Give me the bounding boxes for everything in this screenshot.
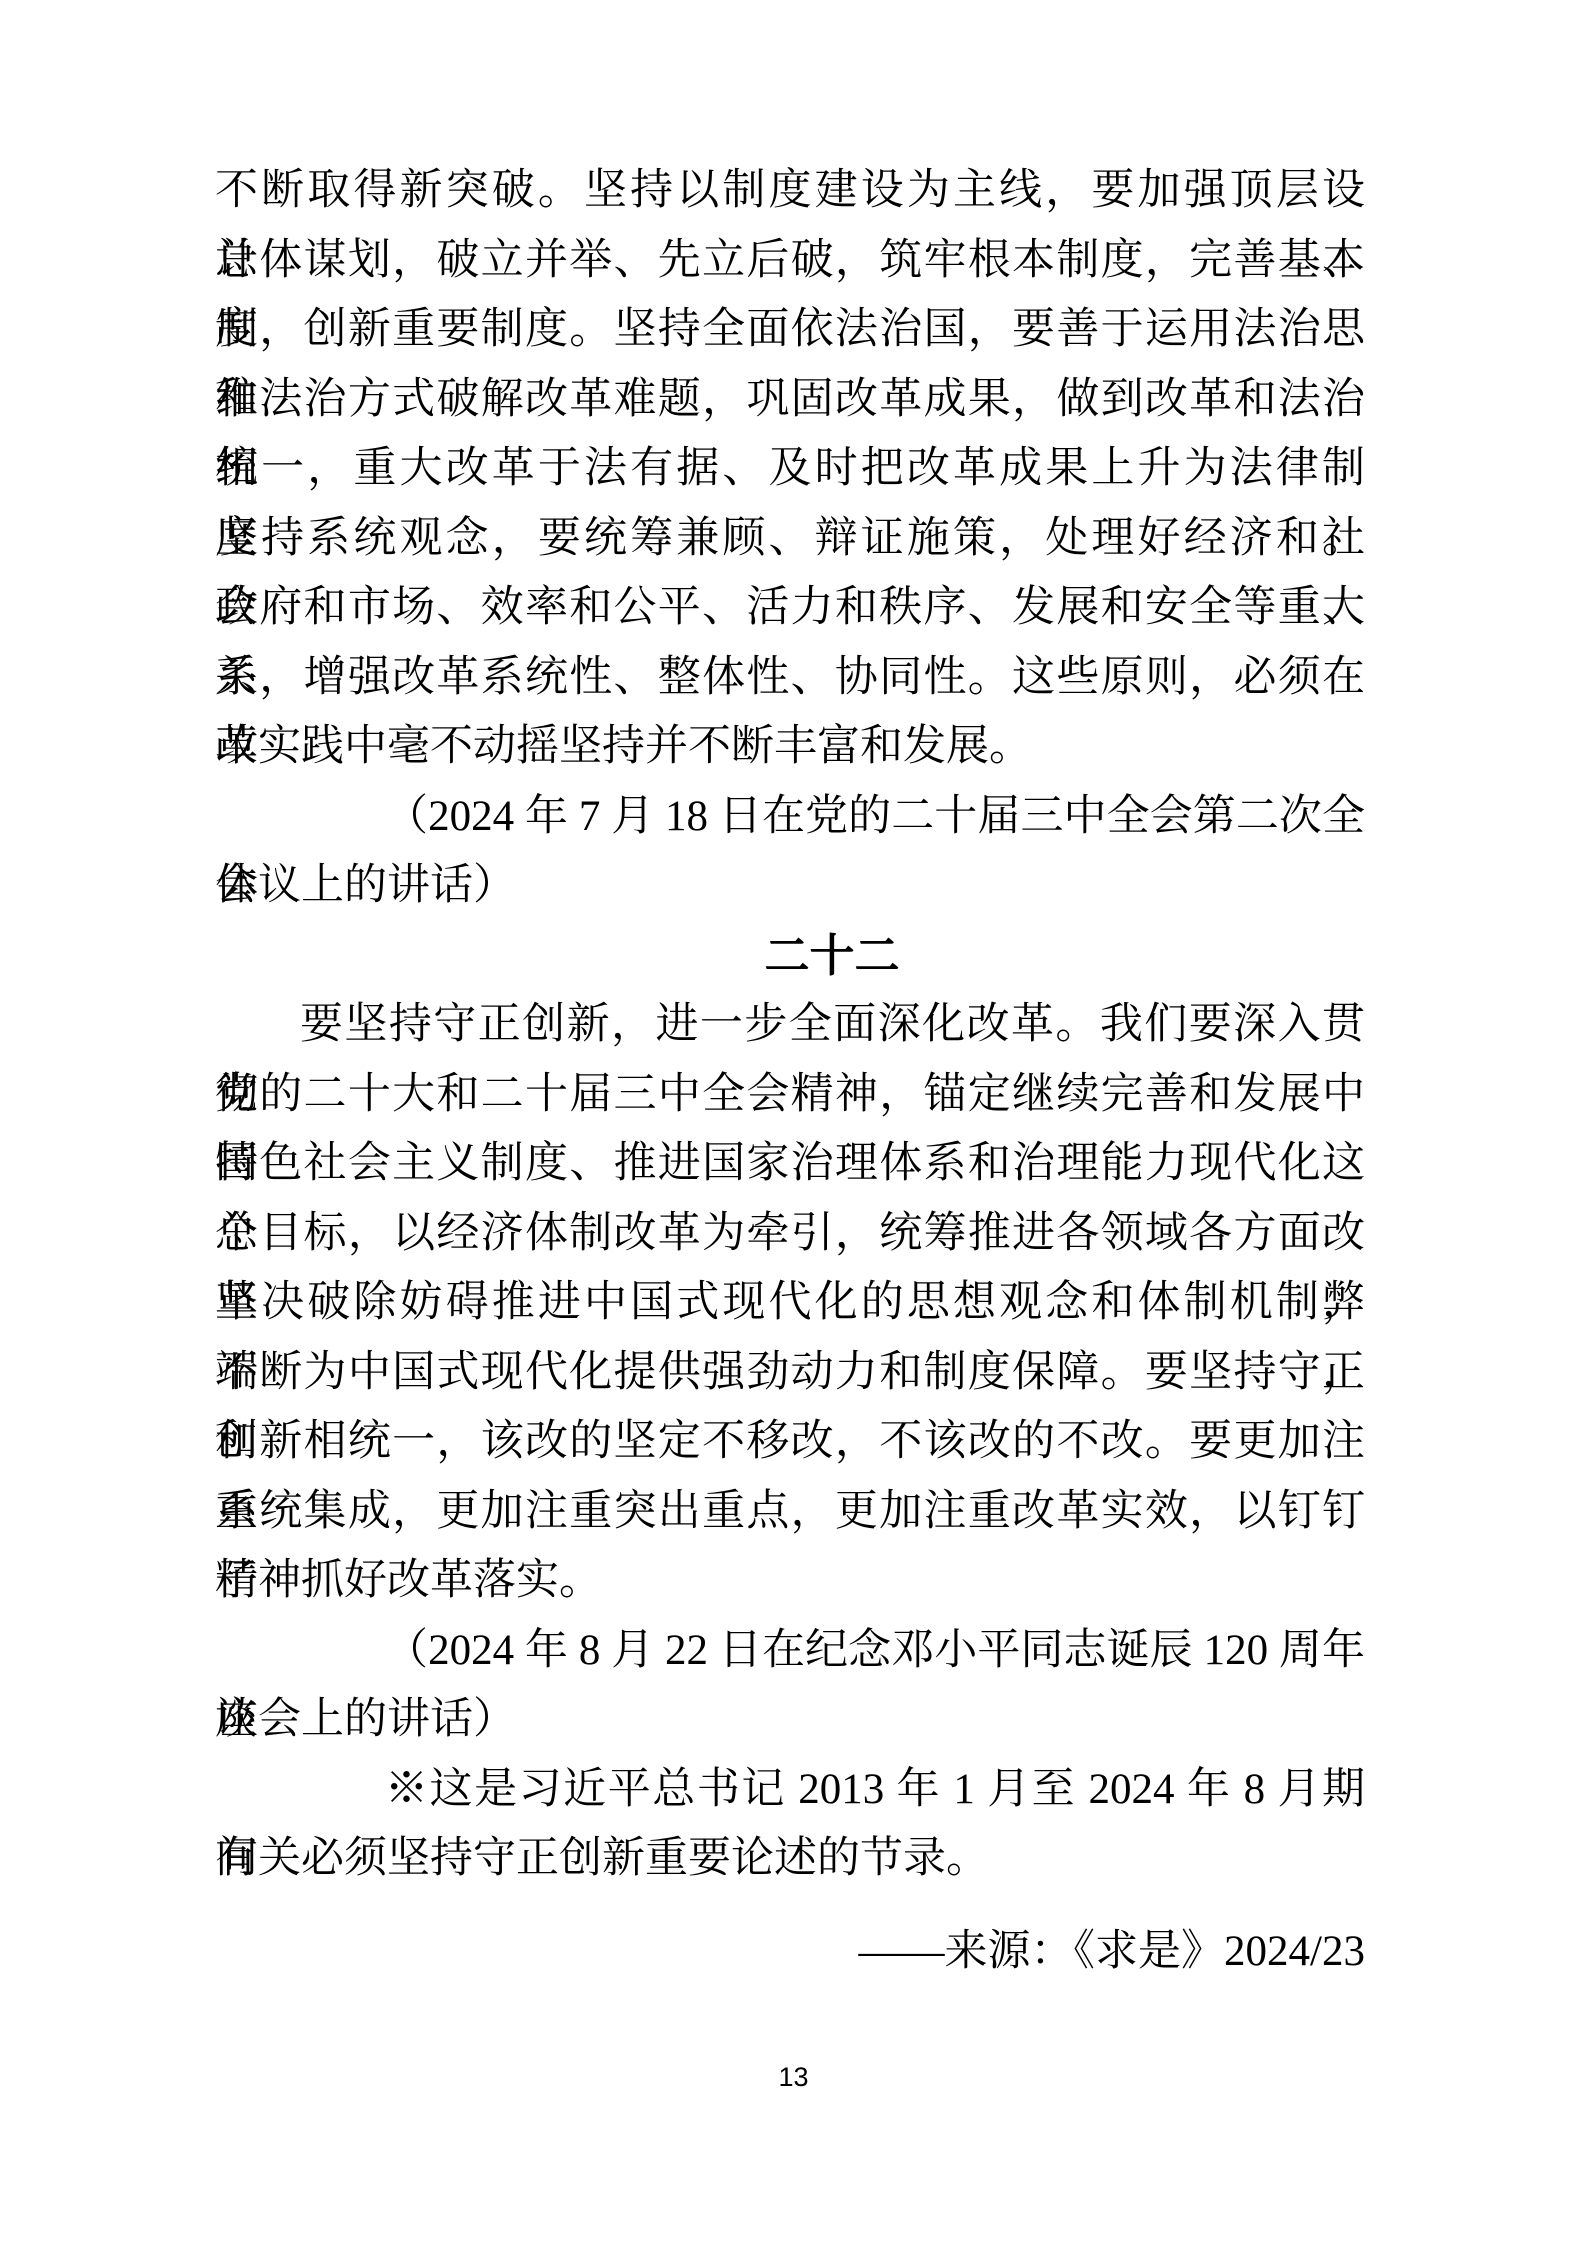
document-page: 不断取得新突破。坚持以制度建设为主线，要加强顶层设计、 总体谋划，破立并举、先立…: [0, 0, 1587, 2245]
attribution2-line: 谈会上的讲话）: [215, 1685, 1365, 1755]
para2-line: 创新相统一，该改的坚定不移改，不该改的不改。要更加注重: [215, 1407, 1365, 1477]
attribution2-line: （2024 年 8 月 22 日在纪念邓小平同志诞辰 120 周年座: [215, 1616, 1365, 1686]
attribution1-line: 会议上的讲话）: [215, 851, 1365, 921]
para1-line: 不断取得新突破。坚持以制度建设为主线，要加强顶层设计、: [215, 156, 1365, 226]
note-line: ※这是习近平总书记 2013 年 1 月至 2024 年 8 月期间: [215, 1755, 1365, 1825]
para1-line: 革实践中毫不动摇坚持并不断丰富和发展。: [215, 712, 1365, 782]
para1-line: 坚持系统观念，要统筹兼顾、辩证施策，处理好经济和社会、: [215, 504, 1365, 574]
para2-line: 党的二十大和二十届三中全会精神，锚定继续完善和发展中国: [215, 1060, 1365, 1130]
para1-line: 政府和市场、效率和公平、活力和秩序、发展和安全等重大关: [215, 573, 1365, 643]
source-line: ——来源：《求是》2024/23: [215, 1917, 1365, 1987]
para1-line: 度，创新重要制度。坚持全面依法治国，要善于运用法治思维: [215, 295, 1365, 365]
para2-line: 坚决破除妨碍推进中国式现代化的思想观念和体制机制弊端，: [215, 1268, 1365, 1338]
attribution1-line: （2024 年 7 月 18 日在党的二十届三中全会第二次全体: [215, 782, 1365, 852]
text-block: 不断取得新突破。坚持以制度建设为主线，要加强顶层设计、 总体谋划，破立并举、先立…: [215, 156, 1365, 1986]
para1-line: 系，增强改革系统性、整体性、协同性。这些原则，必须在改: [215, 643, 1365, 713]
para1-line: 总体谋划，破立并举、先立后破，筑牢根本制度，完善基本制: [215, 226, 1365, 296]
para2-line: 要坚持守正创新，进一步全面深化改革。我们要深入贯彻: [215, 990, 1365, 1060]
para1-line: 和法治方式破解改革难题，巩固改革成果，做到改革和法治相: [215, 365, 1365, 435]
para2-line: 总目标，以经济体制改革为牵引，统筹推进各领域各方面改革，: [215, 1199, 1365, 1269]
para2-line: 不断为中国式现代化提供强劲动力和制度保障。要坚持守正和: [215, 1338, 1365, 1408]
para2-line: 系统集成，更加注重突出重点，更加注重改革实效，以钉钉子: [215, 1477, 1365, 1547]
para1-line: 统一，重大改革于法有据、及时把改革成果上升为法律制度。: [215, 434, 1365, 504]
note-line: 有关必须坚持守正创新重要论述的节录。: [215, 1824, 1365, 1894]
page-number: 13: [0, 2062, 1587, 2093]
para2-line: 特色社会主义制度、推进国家治理体系和治理能力现代化这个: [215, 1129, 1365, 1199]
para2-line: 精神抓好改革落实。: [215, 1546, 1365, 1616]
section-heading: 二十二: [215, 921, 1365, 991]
